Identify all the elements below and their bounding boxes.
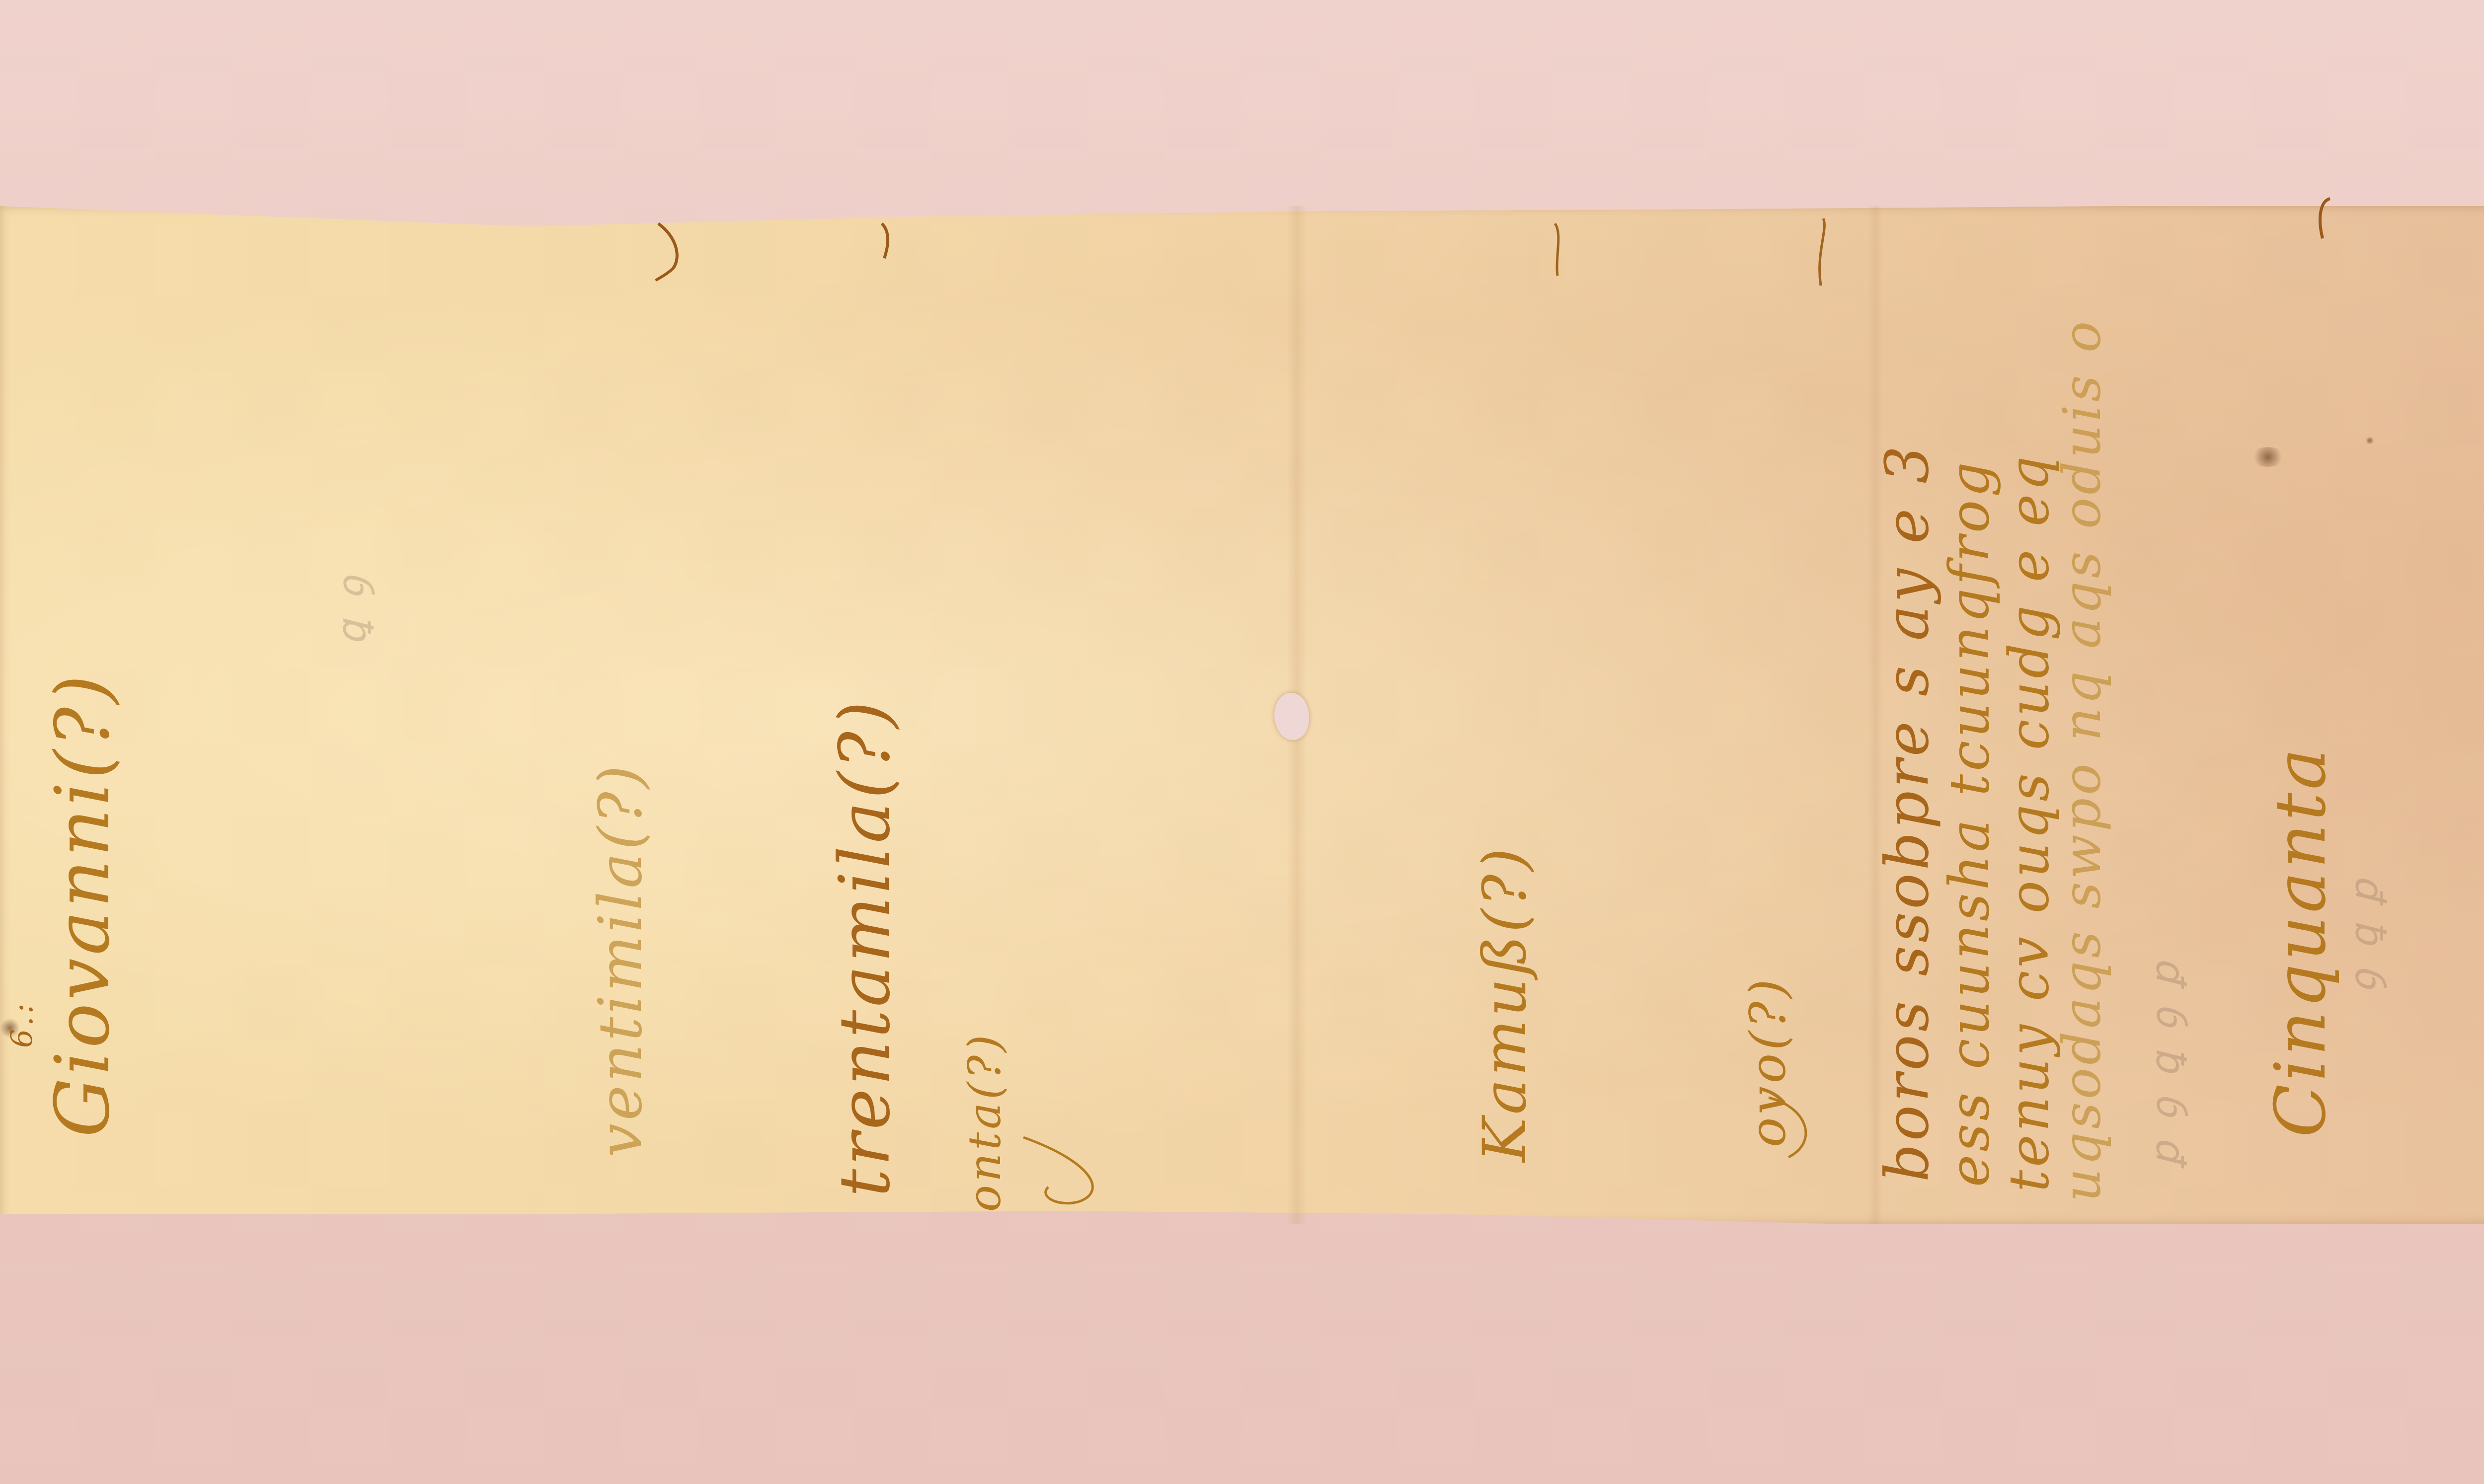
entry-col-3: trentamila(?) [825, 698, 906, 1197]
bleed-through-text: ꝗ ꝯ [323, 573, 377, 646]
entry-col-4: Kamuß(?) [1471, 845, 1540, 1162]
main-block-line-4: uqsodaqs swpo nq aqs oduis o [2052, 318, 2112, 1202]
hook-mark-icon [1808, 214, 1838, 288]
entry-col-6: Cinquanta [2260, 745, 2341, 1137]
margin-mark: 6.: [5, 1001, 40, 1048]
bleed-through-text: ꝯ ꝗ ꝑ [2335, 876, 2389, 993]
entry-col-2: ventimila(?) [586, 762, 655, 1157]
main-block-line-3: tenuy cv ouqs cudg e eq [1997, 453, 2061, 1192]
hook-mark-icon [651, 219, 691, 283]
hook-mark-icon [2310, 194, 2340, 243]
bleed-through-text: ꝑ ꝯ ꝗ ꝯ ꝑ [2136, 959, 2190, 1167]
entry-col-1: Giovanni(?) [40, 672, 126, 1137]
entry-col-3b: onta(?) [959, 1032, 1011, 1212]
flourish-icon [1018, 1132, 1118, 1212]
paper-hole [1274, 693, 1309, 740]
ink-stain [2365, 437, 2375, 444]
main-block-line-2: ess cuunsha tcuunqfrog [1938, 459, 2001, 1187]
hook-mark-icon [1545, 219, 1575, 278]
flourish-icon [1759, 1093, 1833, 1172]
main-block-line-1: boros ssobpre s ay e 3 [1873, 443, 1942, 1182]
ink-stain [2251, 447, 2285, 467]
hook-mark-icon [874, 219, 899, 263]
